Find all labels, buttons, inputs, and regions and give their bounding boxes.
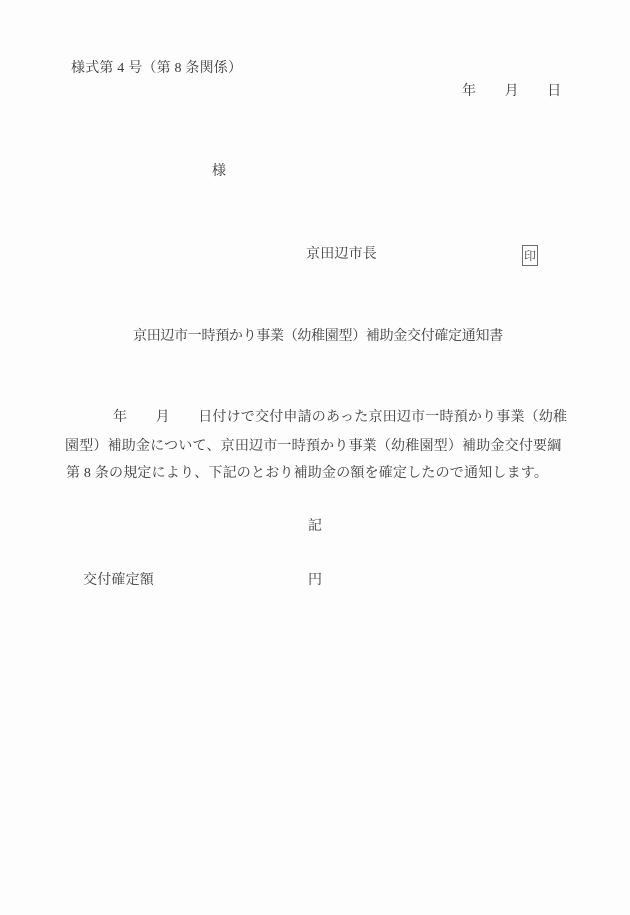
addressee-honorific: 様 [212,164,226,180]
body-text-line: 年 月 日付けで交付申請のあった京田辺市一時預かり事業（幼稚 [113,410,567,426]
seal-label: 印 [524,247,536,264]
amount-label: 交付確定額 [83,573,154,589]
body-text-line: 園型）補助金について、京田辺市一時預かり事業（幼稚園型）補助金交付要綱 [65,439,561,455]
document-page: 様式第 4 号（第 8 条関係） 年 月 日 様 京田辺市長 印 京田辺市一時預… [0,0,630,915]
list-marker: 記 [0,519,630,535]
amount-unit-yen: 円 [308,573,322,589]
form-number: 様式第 4 号（第 8 条関係） [71,61,242,77]
seal-placeholder-box: 印 [522,245,538,266]
body-text-line: 第 8 条の規定により、下記のとおり補助金の額を確定したので通知します。 [66,466,548,482]
issue-date-line: 年 月 日 [462,84,561,100]
issuer-name: 京田辺市長 [306,247,377,263]
document-title: 京田辺市一時預かり事業（幼稚園型）補助金交付確定通知書 [133,329,503,345]
